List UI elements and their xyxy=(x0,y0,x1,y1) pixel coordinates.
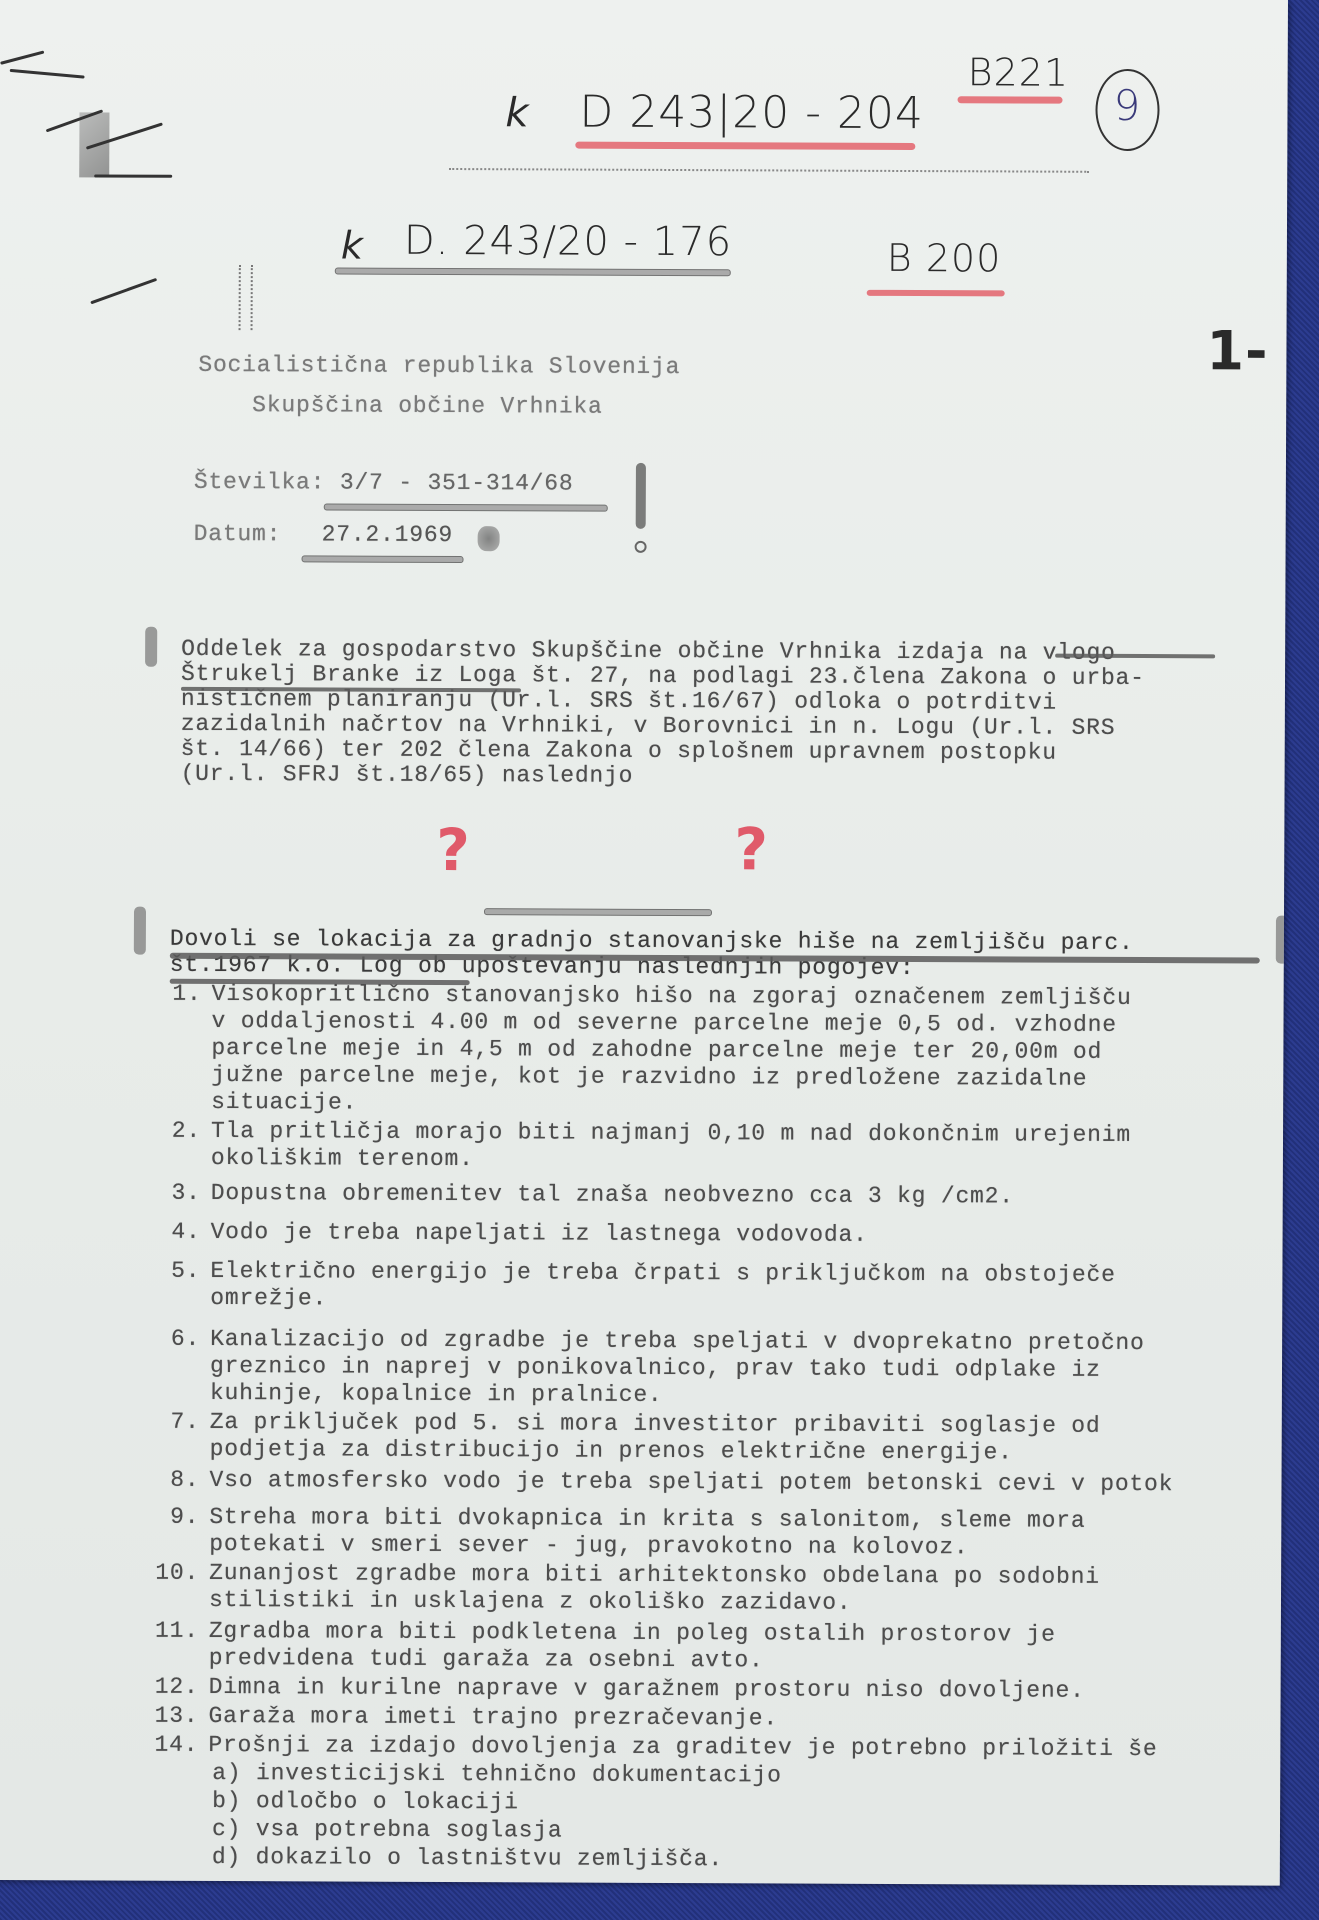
condition-text: Za priključek pod 5. si mora investitor … xyxy=(210,1409,1101,1439)
corner-scribble xyxy=(10,69,85,79)
handwritten-code-top: B221 xyxy=(968,50,1070,94)
ink-underline xyxy=(335,268,731,277)
condition-item: 9.Streha mora biti dvokapnica in krita s… xyxy=(143,1504,1173,1562)
corner-scribble xyxy=(0,50,44,64)
condition-number: 11. xyxy=(143,1618,199,1645)
stamp-mark xyxy=(478,526,500,551)
condition-text: potekati v smeri sever - jug, pravokotno… xyxy=(209,1531,968,1560)
sub-item: b) odločbo o lokaciji xyxy=(142,1787,1172,1819)
ink-underline xyxy=(324,503,608,511)
sub-item: c) vsa potrebna soglasja xyxy=(142,1815,1172,1847)
margin-mark: 1- xyxy=(1206,319,1268,382)
condition-text: predvidena tudi garaža za osebni avto. xyxy=(209,1645,764,1673)
handwritten-ref-top: D 243|20 - 204 xyxy=(579,87,924,140)
vertical-stamp xyxy=(239,265,253,330)
condition-text: Zgradba mora biti podkletena in poleg os… xyxy=(209,1618,1056,1648)
condition-item: 12.Dimna in kurilne naprave v garažnem p… xyxy=(143,1674,1173,1705)
number-value: 3/7 - 351-314/68 xyxy=(340,471,574,496)
header-republic: Socialistična republika Slovenija xyxy=(198,353,680,379)
condition-item: 8.Vso atmosfersko vodo je treba speljati… xyxy=(143,1467,1173,1498)
exclamation-dot xyxy=(635,541,647,553)
condition-text: podjetja za distribucijo in prenos elekt… xyxy=(210,1436,1013,1466)
condition-number: 12. xyxy=(143,1674,199,1701)
handwritten-ref-second: D. 243/20 - 176 xyxy=(404,218,732,265)
condition-text: okoliškim terenom. xyxy=(211,1145,474,1172)
condition-number: 6. xyxy=(144,1326,200,1353)
condition-item: 5.Električno energijo je treba črpati s … xyxy=(144,1258,1174,1316)
handwritten-ref-prefix: k xyxy=(505,90,529,136)
condition-item: 14.Prošnji za izdajo dovoljenja za gradi… xyxy=(142,1732,1172,1875)
condition-text: Visokopritlično stanovanjsko hišo na zgo… xyxy=(212,981,1132,1011)
condition-item: 2.Tla pritličja morajo biti najmanj 0,10… xyxy=(145,1118,1175,1176)
conditions-list: 1.Visokopritlično stanovanjsko hišo na z… xyxy=(142,979,1176,1875)
condition-item: 4.Vodo je treba napeljati iz lastnega vo… xyxy=(145,1219,1175,1250)
circled-number-value: 9 xyxy=(1113,81,1141,130)
condition-item: 10.Zunanjost zgradbe mora biti arhitekto… xyxy=(143,1560,1173,1618)
red-underline xyxy=(958,96,1063,103)
condition-text: Vso atmosfersko vodo je treba speljati p… xyxy=(209,1467,1173,1497)
condition-item: 3.Dopustna obremenitev tal znaša neobvez… xyxy=(145,1180,1175,1211)
sub-item: a) investicijski tehnično dokumentacijo xyxy=(142,1759,1172,1791)
condition-item: 13.Garaža mora imeti trajno prezračevanj… xyxy=(142,1703,1172,1734)
condition-text: Električno energijo je treba črpati s pr… xyxy=(210,1258,1115,1288)
red-underline xyxy=(575,142,915,150)
condition-text: Garaža mora imeti trajno prezračevanje. xyxy=(208,1703,778,1731)
margin-mark xyxy=(134,907,146,955)
condition-text: stilistiki in usklajena z okoliško zazid… xyxy=(209,1587,852,1616)
condition-text: južne parcelne meje, kot je razvidno iz … xyxy=(211,1062,1087,1092)
condition-text: Prošnji za izdajo dovoljenja za graditev… xyxy=(208,1732,1157,1762)
condition-number: 3. xyxy=(145,1180,201,1207)
condition-text: omrežje. xyxy=(210,1285,327,1312)
condition-number: 7. xyxy=(144,1409,200,1436)
condition-text: Dimna in kurilne naprave v garažnem pros… xyxy=(209,1674,1085,1704)
condition-number: 4. xyxy=(145,1219,201,1246)
decision-heading-line: Dovoli se lokacija za gradnjo stanovanjs… xyxy=(170,927,1134,955)
condition-number: 8. xyxy=(143,1467,199,1494)
condition-item: 1.Visokopritlično stanovanjsko hišo na z… xyxy=(145,981,1175,1120)
condition-text: Streha mora biti dvokapnica in krita s s… xyxy=(209,1504,1085,1534)
condition-text: parcelne meje in 4,5 m od zahodne parcel… xyxy=(211,1035,1102,1065)
document-page: k D 243|20 - 204 B221 9 k D. 243/20 - 17… xyxy=(0,0,1288,1886)
header-assembly: Skupščina občine Vrhnika xyxy=(252,393,603,419)
sub-item: d) dokazilo o lastništvu zemljišča. xyxy=(142,1843,1172,1875)
condition-text: Tla pritličja morajo biti najmanj 0,10 m… xyxy=(211,1118,1131,1148)
date-label: Datum: xyxy=(194,522,282,546)
corner-scribble xyxy=(90,278,157,304)
handwritten-code-second: B 200 xyxy=(887,236,1002,280)
condition-number: 13. xyxy=(142,1703,198,1730)
condition-text: Zunanjost zgradbe mora biti arhitektonsk… xyxy=(209,1560,1100,1590)
number-label: Številka: xyxy=(194,470,326,495)
condition-text: v oddaljenosti 4.00 m od severne parceln… xyxy=(211,1008,1116,1038)
question-mark: ? xyxy=(436,816,470,884)
condition-number: 10. xyxy=(143,1560,199,1587)
exclamation-mark xyxy=(636,463,646,529)
condition-number: 14. xyxy=(142,1732,198,1759)
condition-number: 2. xyxy=(145,1118,201,1145)
corner-scribble xyxy=(94,174,172,177)
condition-text: kuhinje, kopalnice in pralnice. xyxy=(210,1380,663,1408)
condition-text: situacije. xyxy=(211,1089,357,1116)
margin-mark xyxy=(145,627,157,667)
ink-underline xyxy=(1055,654,1215,659)
condition-number: 5. xyxy=(144,1258,200,1285)
condition-number: 1. xyxy=(146,981,202,1008)
condition-item: 6.Kanalizacijo od zgradbe je treba spelj… xyxy=(144,1326,1174,1411)
date-value: 27.2.1969 xyxy=(322,522,454,547)
ink-underline xyxy=(302,555,464,563)
intro-paragraph: Oddelek za gospodarstvo Skupščine občine… xyxy=(181,637,1145,791)
intro-line: (Ur.l. SFRJ št.18/65) naslednjo xyxy=(181,762,1145,790)
condition-text: Vodo je treba napeljati iz lastnega vodo… xyxy=(211,1219,868,1248)
ink-underline xyxy=(484,908,712,916)
condition-text: greznico in naprej v ponikovalnico, prav… xyxy=(210,1353,1101,1383)
condition-text: Kanalizacijo od zgradbe je treba speljat… xyxy=(210,1326,1145,1356)
condition-text: Dopustna obremenitev tal znaša neobvezno… xyxy=(211,1180,1014,1210)
condition-item: 11.Zgradba mora biti podkletena in poleg… xyxy=(143,1618,1173,1676)
handwritten-ref-prefix: k xyxy=(341,224,364,268)
question-mark: ? xyxy=(734,815,768,883)
dotted-rule xyxy=(449,168,1089,173)
condition-number: 9. xyxy=(143,1504,199,1531)
red-underline xyxy=(867,290,1005,297)
condition-item: 7.Za priključek pod 5. si mora investito… xyxy=(144,1409,1174,1467)
